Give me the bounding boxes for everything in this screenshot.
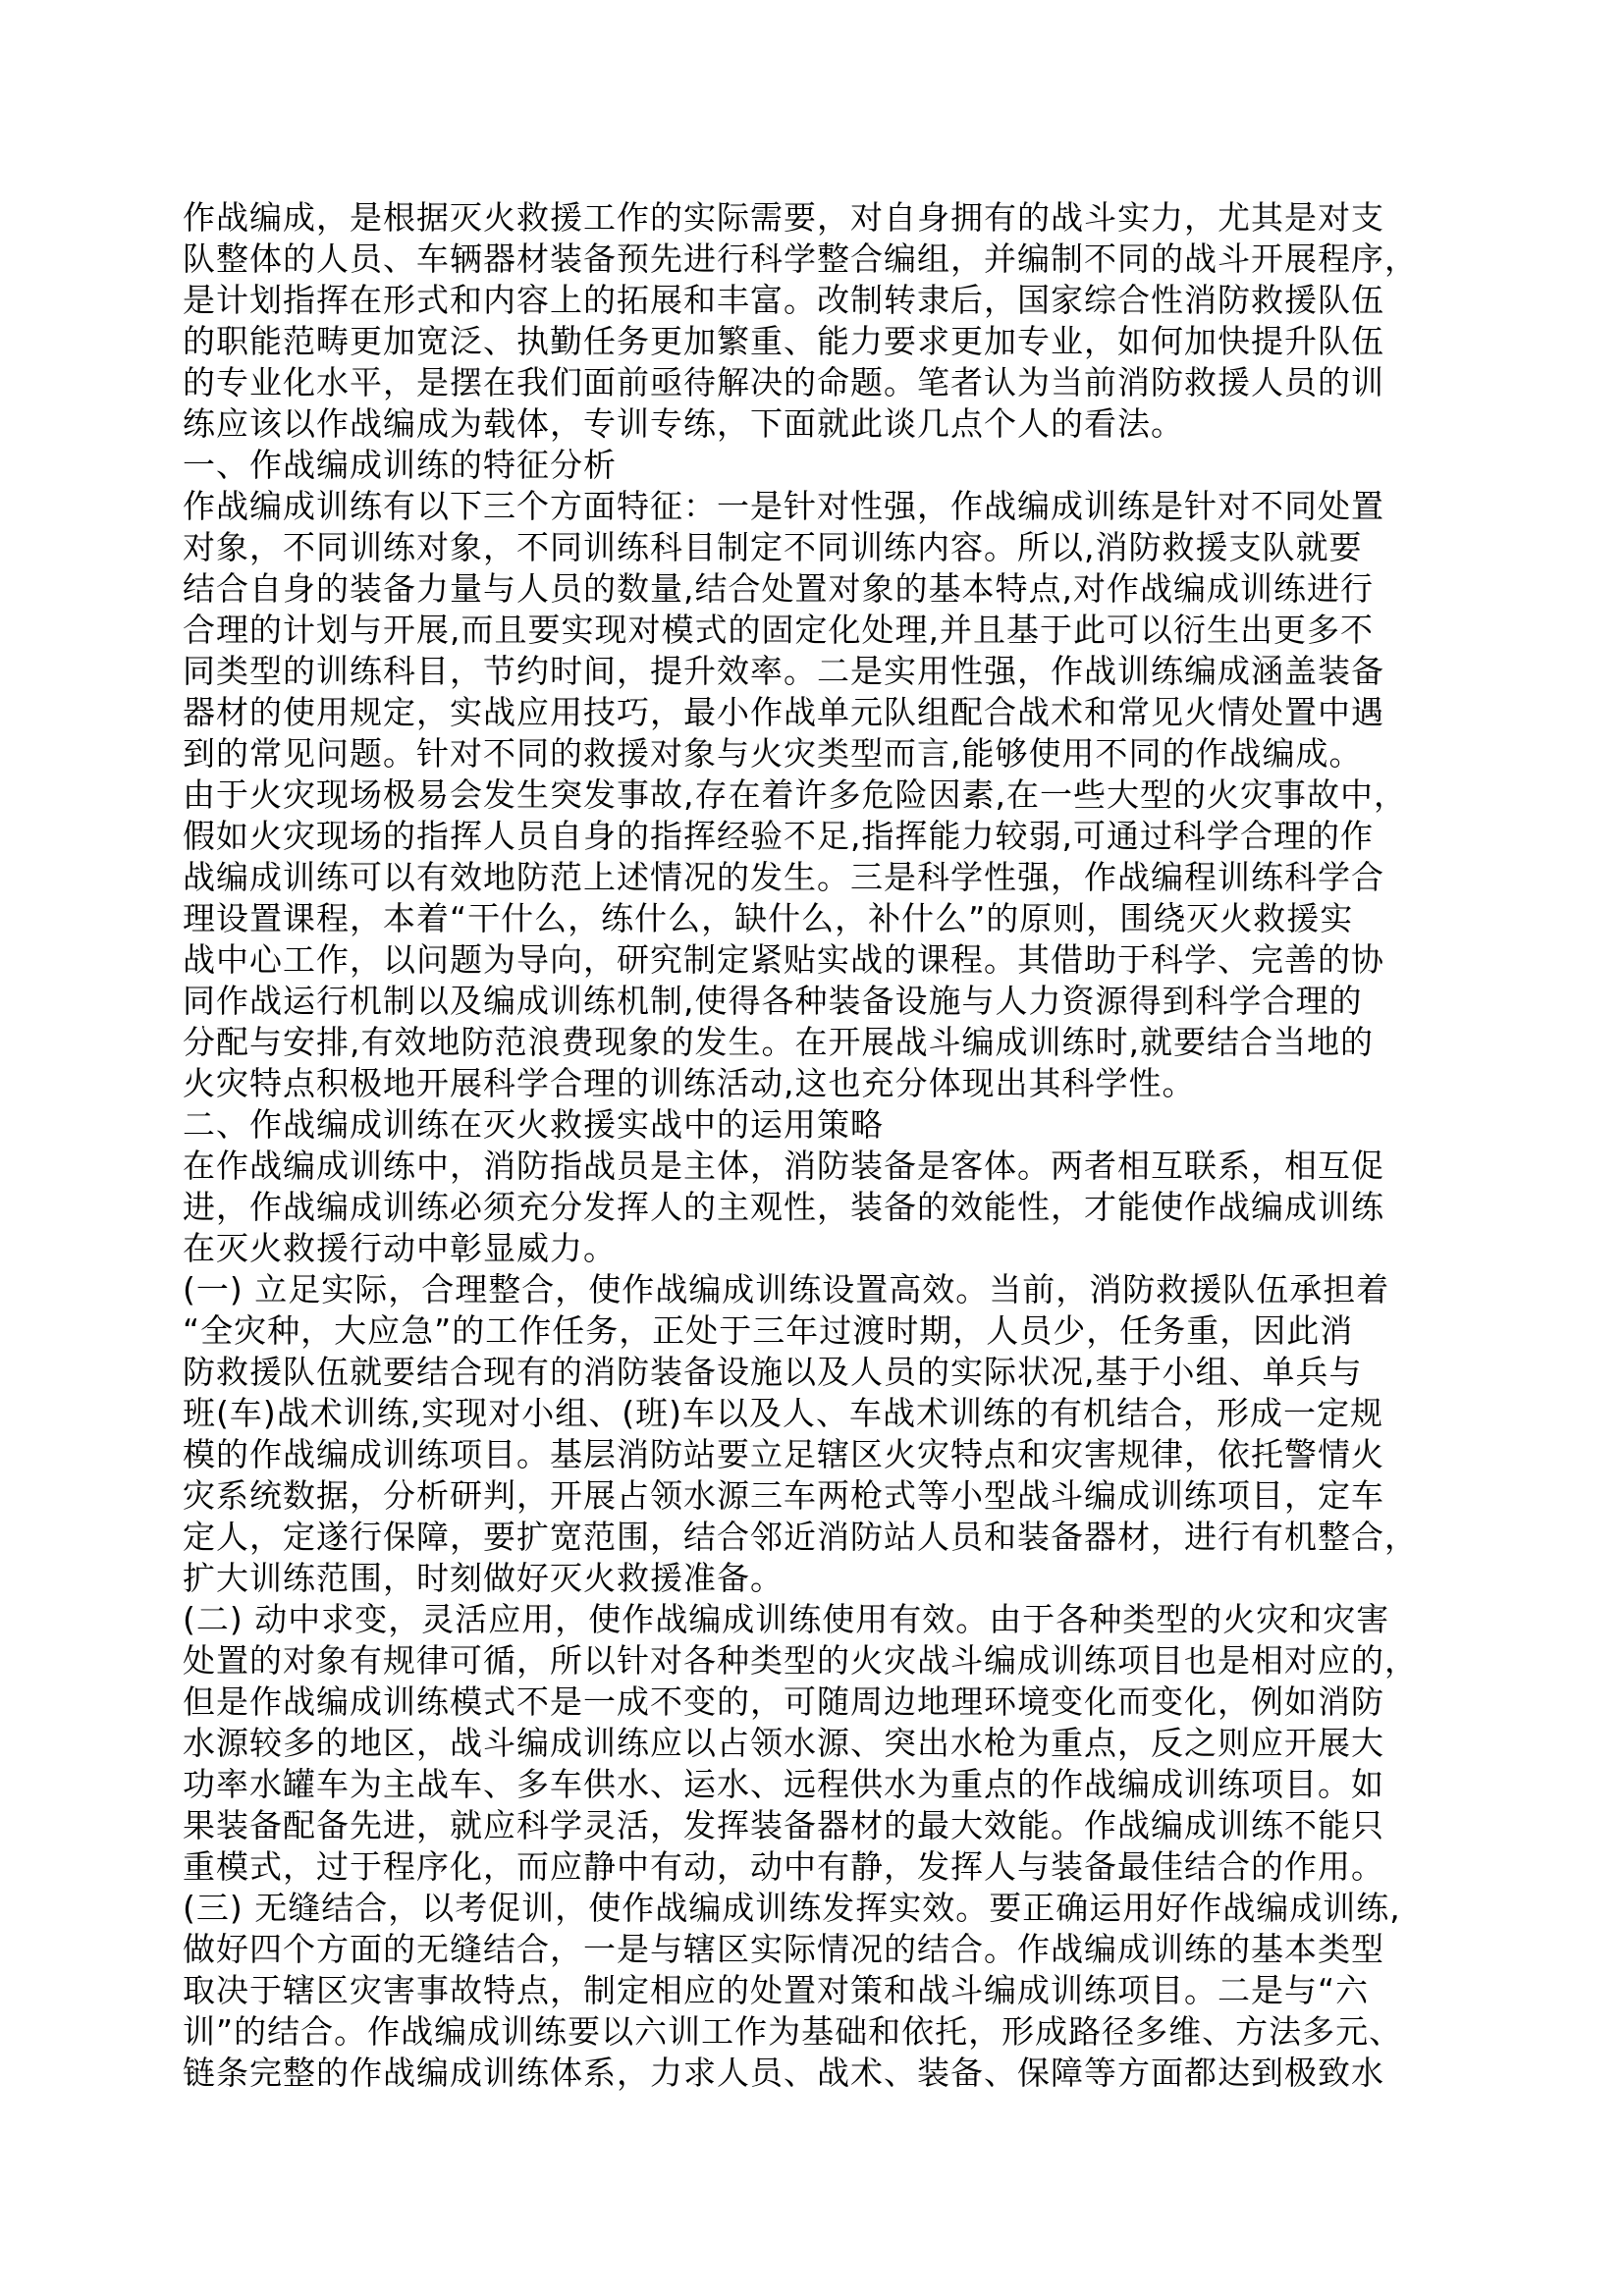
text-line: 队整体的人员、车辆器材装备预先进行科学整合编组，并编制不同的战斗开展程序，: [183, 239, 1489, 280]
text-line: 灾系统数据，分析研判，开展占领水源三车两枪式等小型战斗编成训练项目，定车: [183, 1475, 1489, 1517]
text-line: 作战编成训练有以下三个方面特征：一是针对性强，作战编成训练是针对不同处置: [183, 486, 1489, 527]
text-line: 对象，不同训练对象，不同训练科目制定不同训练内容。所以,消防救援支队就要: [183, 527, 1489, 568]
text-line: 防救援队伍就要结合现有的消防装备设施以及人员的实际状况,基于小组、单兵与: [183, 1352, 1489, 1393]
text-line: 取决于辖区灾害事故特点，制定相应的处置对策和战斗编成训练项目。二是与“六: [183, 1970, 1489, 2011]
text-line: 二、作战编成训练在灭火救援实战中的运用策略: [183, 1104, 1489, 1146]
text-line: 果装备配备先进，就应科学灵活，发挥装备器材的最大效能。作战编成训练不能只: [183, 1805, 1489, 1846]
text-line: 定人，定遂行保障，要扩宽范围，结合邻近消防站人员和装备器材，进行有机整合，: [183, 1517, 1489, 1558]
text-line: 战编成训练可以有效地防范上述情况的发生。三是科学性强，作战编程训练科学合: [183, 857, 1489, 898]
text-line: 训”的结合。作战编成训练要以六训工作为基础和依托，形成路径多维、方法多元、: [183, 2011, 1489, 2053]
text-line: “全灾种，大应急”的工作任务，正处于三年过渡时期，人员少，任务重，因此消: [183, 1310, 1489, 1352]
text-line: 分配与安排,有效地防范浪费现象的发生。在开展战斗编成训练时,就要结合当地的: [183, 1022, 1489, 1063]
text-line: 是计划指挥在形式和内容上的拓展和丰富。改制转隶后，国家综合性消防救援队伍: [183, 280, 1489, 321]
text-line: 功率水罐车为主战车、多车供水、运水、远程供水为重点的作战编成训练项目。如: [183, 1764, 1489, 1805]
text-line: 由于火灾现场极易会发生突发事故,存在着许多危险因素,在一些大型的火灾事故中，: [183, 774, 1489, 816]
text-line: 的职能范畴更加宽泛、执勤任务更加繁重、能力要求更加专业，如何加快提升队伍: [183, 321, 1489, 362]
text-line: 在灭火救援行动中彰显威力。: [183, 1228, 1489, 1269]
text-line: 同类型的训练科目，节约时间，提升效率。二是实用性强，作战训练编成涵盖装备: [183, 651, 1489, 692]
text-line: 链条完整的作战编成训练体系，力求人员、战术、装备、保障等方面都达到极致水: [183, 2053, 1489, 2094]
text-line: 到的常见问题。针对不同的救援对象与火灾类型而言,能够使用不同的作战编成。: [183, 733, 1489, 774]
document-page: 作战编成，是根据灭火救援工作的实际需要，对自身拥有的战斗实力，尤其是对支队整体的…: [0, 0, 1624, 2296]
text-line: 同作战运行机制以及编成训练机制,使得各种装备设施与人力资源得到科学合理的: [183, 981, 1489, 1022]
text-line: 处置的对象有规律可循，所以针对各种类型的火灾战斗编成训练项目也是相对应的，: [183, 1640, 1489, 1682]
text-line: (一) 立足实际，合理整合，使作战编成训练设置高效。当前，消防救援队伍承担着: [183, 1269, 1489, 1310]
text-line: 模的作战编成训练项目。基层消防站要立足辖区火灾特点和灾害规律，依托警情火: [183, 1434, 1489, 1475]
text-line: 一、作战编成训练的特征分析: [183, 445, 1489, 486]
text-line: 练应该以作战编成为载体，专训专练，下面就此谈几点个人的看法。: [183, 403, 1489, 445]
text-line: 假如火灾现场的指挥人员自身的指挥经验不足,指挥能力较弱,可通过科学合理的作: [183, 816, 1489, 857]
text-line: 水源较多的地区，战斗编成训练应以占领水源、突出水枪为重点，反之则应开展大: [183, 1723, 1489, 1764]
text-line: 结合自身的装备力量与人员的数量,结合处置对象的基本特点,对作战编成训练进行: [183, 568, 1489, 610]
text-line: 班(车)战术训练,实现对小组、(班)车以及人、车战术训练的有机结合，形成一定规: [183, 1393, 1489, 1434]
text-line: (三) 无缝结合，以考促训，使作战编成训练发挥实效。要正确运用好作战编成训练,: [183, 1888, 1489, 1929]
text-line: 器材的使用规定，实战应用技巧，最小作战单元队组配合战术和常见火情处置中遇: [183, 692, 1489, 733]
text-line: 重模式，过于程序化，而应静中有动，动中有静，发挥人与装备最佳结合的作用。: [183, 1846, 1489, 1888]
text-line: 进，作战编成训练必须充分发挥人的主观性，装备的效能性，才能使作战编成训练: [183, 1187, 1489, 1228]
text-line: 火灾特点积极地开展科学合理的训练活动,这也充分体现出其科学性。: [183, 1063, 1489, 1104]
text-line: 做好四个方面的无缝结合，一是与辖区实际情况的结合。作战编成训练的基本类型: [183, 1929, 1489, 1970]
text-line: 理设置课程，本着“干什么，练什么，缺什么，补什么”的原则，围绕灭火救援实: [183, 898, 1489, 939]
text-line: 在作战编成训练中，消防指战员是主体，消防装备是客体。两者相互联系，相互促: [183, 1146, 1489, 1187]
text-line: 作战编成，是根据灭火救援工作的实际需要，对自身拥有的战斗实力，尤其是对支: [183, 197, 1489, 239]
text-line: 战中心工作，以问题为导向，研究制定紧贴实战的课程。其借助于科学、完善的协: [183, 939, 1489, 981]
text-line: 扩大训练范围，时刻做好灭火救援准备。: [183, 1558, 1489, 1599]
document-body: 作战编成，是根据灭火救援工作的实际需要，对自身拥有的战斗实力，尤其是对支队整体的…: [183, 197, 1489, 2094]
text-line: 但是作战编成训练模式不是一成不变的，可随周边地理环境变化而变化，例如消防: [183, 1682, 1489, 1723]
text-line: (二) 动中求变，灵活应用，使作战编成训练使用有效。由于各种类型的火灾和灾害: [183, 1599, 1489, 1640]
text-line: 的专业化水平，是摆在我们面前亟待解决的命题。笔者认为当前消防救援人员的训: [183, 362, 1489, 403]
text-line: 合理的计划与开展,而且要实现对模式的固定化处理,并且基于此可以衍生出更多不: [183, 610, 1489, 651]
